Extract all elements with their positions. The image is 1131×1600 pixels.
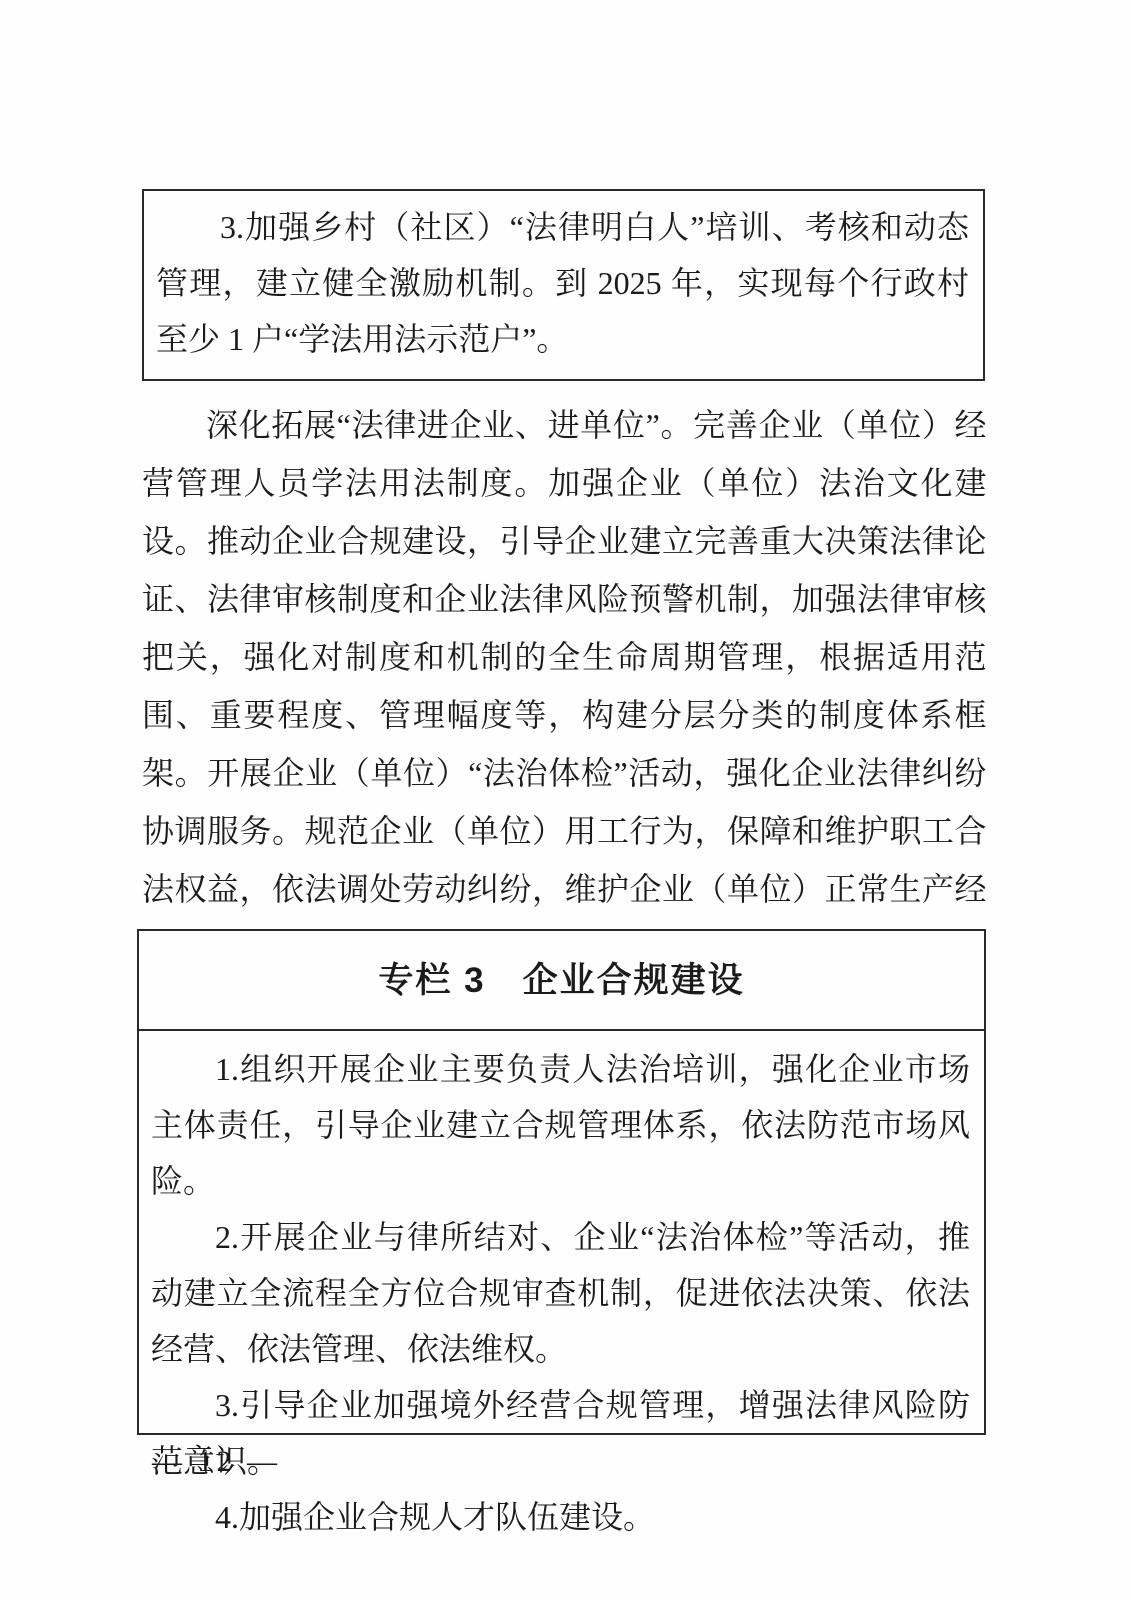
column-item-4: 4.加强企业合规人才队伍建设。 bbox=[151, 1489, 970, 1545]
column-item-2: 2.开展企业与律所结对、企业“法治体检”等活动，推动建立全流程全方位合规审查机制… bbox=[151, 1209, 970, 1377]
column-box-title: 专栏 3 企业合规建设 bbox=[139, 931, 984, 1031]
body-paragraph: 深化拓展“法律进企业、进单位”。完善企业（单位）经营管理人员学法用法制度。加强企… bbox=[142, 396, 987, 976]
callout-box-rural-legal-training: 3.加强乡村（社区）“法律明白人”培训、考核和动态管理，建立健全激励机制。到 2… bbox=[142, 189, 985, 381]
column-item-1: 1.组织开展企业主要负责人法治培训，强化企业市场主体责任，引导企业建立合规管理体… bbox=[151, 1041, 970, 1209]
page-number: — 12 — bbox=[152, 1445, 281, 1479]
callout-box-text: 3.加强乡村（社区）“法律明白人”培训、考核和动态管理，建立健全激励机制。到 2… bbox=[156, 199, 969, 367]
column-box-3-enterprise-compliance: 专栏 3 企业合规建设 1.组织开展企业主要负责人法治培训，强化企业市场主体责任… bbox=[137, 929, 986, 1435]
document-page: 3.加强乡村（社区）“法律明白人”培训、考核和动态管理，建立健全激励机制。到 2… bbox=[0, 0, 1131, 1600]
